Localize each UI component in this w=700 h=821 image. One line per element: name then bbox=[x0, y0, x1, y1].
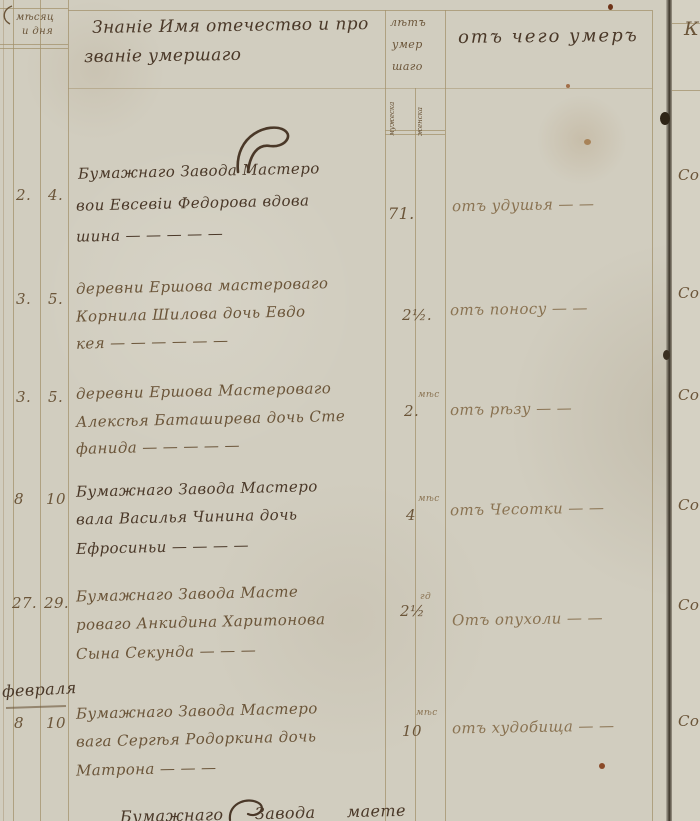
adjacent-page-text-fragment: Со bbox=[678, 496, 699, 514]
death-day: 3. bbox=[16, 290, 31, 308]
entry-text-line: Бумажнаго Завода Масте bbox=[76, 582, 299, 605]
cause-of-death: отъ худобища — — bbox=[452, 717, 615, 738]
age-subcolumn-label-female: женска bbox=[416, 107, 424, 136]
cause-of-death: отъ рѣзу — — bbox=[450, 399, 572, 419]
name-column-header: званiе умершаго bbox=[84, 45, 242, 67]
entry-text-line: кея — — — — — — bbox=[76, 331, 229, 352]
foxing-speck bbox=[599, 763, 605, 769]
entry-text-line: деревни Ершова мастероваго bbox=[76, 274, 329, 298]
death-day: 8 bbox=[14, 490, 24, 508]
burial-day: 10 bbox=[46, 714, 66, 732]
cause-column-header: отъ чего умеръ bbox=[458, 25, 639, 48]
age-column-header: лѣтъ bbox=[390, 16, 426, 29]
date-header-rule bbox=[0, 44, 68, 45]
entry-text-line: деревни Ершова Мастероваго bbox=[76, 379, 332, 403]
column-rule bbox=[445, 10, 446, 821]
age-unit-note: мѣс bbox=[418, 494, 440, 504]
entry-text-line: Алексѣя Баташирева дочь Сте bbox=[76, 407, 346, 431]
age-unit-note: гд bbox=[420, 592, 431, 602]
entry-text-line: роваго Анкидина Харитонова bbox=[76, 610, 326, 634]
adjacent-page-text-fragment: Со bbox=[678, 596, 699, 614]
cause-of-death: отъ удушья — — bbox=[452, 195, 595, 215]
death-day: 2. bbox=[16, 186, 31, 204]
name-column-header: Знанiе Имя отечество и про bbox=[92, 14, 369, 38]
age-value: 71. bbox=[388, 204, 415, 223]
death-day: 8 bbox=[14, 714, 24, 732]
entry-text-line: Сына Секунда — — — bbox=[76, 641, 257, 663]
foxing-speck bbox=[584, 139, 591, 145]
burial-day: 10 bbox=[46, 490, 66, 508]
age-value: 2½ bbox=[400, 602, 425, 620]
adjacent-page-text-fragment: Со bbox=[678, 712, 699, 730]
foxing-speck bbox=[566, 84, 570, 88]
age-unit-note: мѣс bbox=[418, 390, 440, 400]
entry-text-line: Бумажнаго Завода Мастеро bbox=[76, 699, 318, 722]
burial-day: 5. bbox=[48, 290, 63, 308]
entry-text-line: вои Евсевiи Федорова вдова bbox=[76, 191, 310, 214]
adjacent-page-rule bbox=[672, 90, 700, 91]
cutoff-pen-mark bbox=[0, 4, 14, 26]
entry-text-line: шина — — — — — bbox=[76, 224, 224, 245]
age-unit-note: мѣс bbox=[416, 708, 438, 718]
ink-blot bbox=[660, 112, 670, 125]
entry-text-line: вага Сергѣя Родоркина дочь bbox=[76, 727, 317, 750]
cause-of-death: Отъ опухоли — — bbox=[452, 609, 603, 630]
age-column-header: шаго bbox=[392, 60, 423, 73]
entry-text-line: Бумажнаго Завода Мастеро bbox=[78, 159, 320, 182]
death-day: 27. bbox=[12, 594, 37, 612]
entry-text-line: фанида — — — — — bbox=[76, 436, 240, 458]
entry-text-line: Корнила Шилова дочь Евдо bbox=[76, 302, 306, 325]
column-rule bbox=[68, 0, 69, 821]
burial-day: 5. bbox=[48, 388, 63, 406]
column-rule bbox=[652, 10, 653, 821]
date-column-header: и дня bbox=[22, 26, 53, 37]
age-subcolumn-label-male: мужеска bbox=[388, 102, 396, 136]
foxing-speck bbox=[608, 4, 613, 10]
entry-text-line: вала Василья Чинина дочь bbox=[76, 505, 298, 528]
burial-day: 29. bbox=[44, 594, 69, 612]
month-section-label: февраля bbox=[2, 678, 78, 701]
register-page-scan: мѣсяц и дня Знанiе Имя отечество и про з… bbox=[0, 0, 700, 821]
entry-text-line: Ефросиньи — — — — bbox=[76, 536, 249, 558]
death-day: 3. bbox=[16, 388, 31, 406]
calligraphic-flourish bbox=[226, 796, 266, 821]
month-section-underline bbox=[6, 705, 66, 709]
age-column-header: умер bbox=[392, 38, 423, 51]
date-header-rule bbox=[0, 48, 68, 49]
cause-of-death: отъ Чесотки — — bbox=[450, 499, 605, 520]
adjacent-page-text-fragment: Со bbox=[678, 284, 699, 302]
adjacent-page-edge bbox=[672, 0, 700, 821]
age-value: 4 bbox=[406, 506, 416, 524]
ink-blot bbox=[663, 350, 670, 360]
cause-of-death: отъ поносу — — bbox=[450, 299, 588, 319]
entry-text-line: Бумажнаго Завода Мастеро bbox=[76, 477, 318, 500]
entry-text-line: Матрона — — — bbox=[76, 758, 217, 779]
age-value: 10 bbox=[402, 722, 422, 740]
column-rule bbox=[385, 10, 386, 821]
date-column-header: мѣсяц bbox=[16, 12, 54, 23]
adjacent-page-text-fragment: Со bbox=[678, 166, 699, 184]
burial-day: 4. bbox=[48, 186, 63, 204]
age-value: 2. bbox=[404, 402, 419, 420]
adjacent-page-header-fragment: К bbox=[684, 18, 699, 40]
header-bottom-rule bbox=[68, 88, 652, 89]
age-value: 2½. bbox=[402, 306, 432, 324]
adjacent-page-text-fragment: Со bbox=[678, 386, 699, 404]
table-top-rule bbox=[68, 10, 652, 11]
